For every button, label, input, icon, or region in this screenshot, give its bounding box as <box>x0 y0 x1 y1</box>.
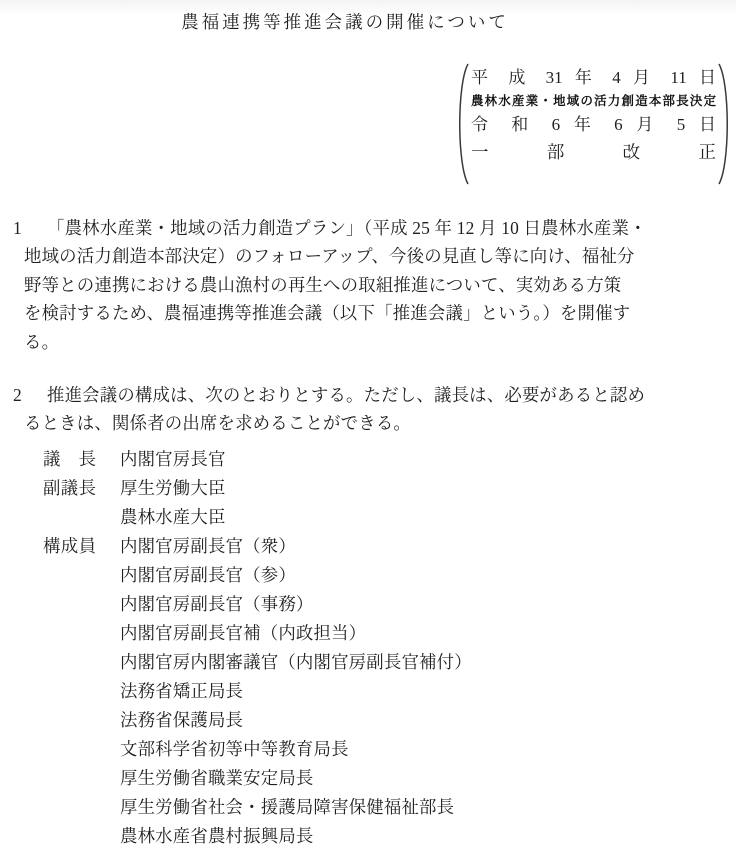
paragraph-2-line: るときは、関係者の出席を求めることができる。 <box>24 409 736 437</box>
right-parenthesis-decoration <box>718 62 732 186</box>
roster-row: 文部科学省初等中等教育局長 <box>0 735 736 764</box>
stamp-date-heisei: 平 成 31 年 4 月 11 日 <box>471 65 716 91</box>
roster-member-name: 厚生労働省職業安定局長 <box>120 764 314 793</box>
roster-row: 農林水産大臣 <box>0 503 736 532</box>
roster-row: 法務省保護局長 <box>0 706 736 735</box>
roster-member-name: 厚生労働省社会・援護局障害保健福祉部長 <box>120 793 454 822</box>
stamp-revision-note: 一 部 改 正 <box>471 138 716 167</box>
roster-member-name: 厚生労働大臣 <box>120 474 226 503</box>
roster-role-label: 副議長 <box>43 474 96 503</box>
paragraph-2-number: 2 <box>13 381 22 409</box>
paragraph-1-line: 地域の活力創造本部決定）のフォローアップ、今後の見直し等に向け、福祉分 <box>24 242 736 270</box>
paragraph-1-line: を検討するため、農福連携等推進会議（以下「推進会議」という。）を開催す <box>24 299 736 327</box>
roster-member-name: 農林水産大臣 <box>120 503 226 532</box>
stamp-date-reiwa: 令 和 6 年 6 月 5 日 <box>471 111 716 138</box>
decision-stamp-content: 平 成 31 年 4 月 11 日 農林水産業・地域の活力創造本部長決定 令 和… <box>471 65 716 167</box>
roster-row: 構成員 内閣官房副長官（衆） <box>0 532 736 561</box>
roster-role-label: 構成員 <box>43 532 96 561</box>
roster-row: 内閣官房副長官補（内政担当） <box>0 619 736 648</box>
roster-member-name: 内閣官房副長官（参） <box>120 561 296 590</box>
paragraph-1-number: 1 <box>13 214 22 242</box>
roster-member-name: 内閣官房副長官補（内政担当） <box>120 619 366 648</box>
roster-member-name: 内閣官房内閣審議官（内閣官房副長官補付） <box>120 648 472 677</box>
roster-row: 内閣官房副長官（事務） <box>0 590 736 619</box>
council-member-roster: 議 長 内閣官房長官 副議長 厚生労働大臣 農林水産大臣 構成員 内閣官房副長官… <box>0 445 736 851</box>
roster-member-name: 農林水産省農村振興局長 <box>120 822 314 851</box>
roster-row: 厚生労働省職業安定局長 <box>0 764 736 793</box>
roster-row: 議 長 内閣官房長官 <box>0 445 736 474</box>
paragraph-1-line: る。 <box>24 328 736 356</box>
roster-member-name: 内閣官房副長官（衆） <box>120 532 296 561</box>
roster-row: 農林水産省農村振興局長 <box>0 822 736 851</box>
paragraph-2: 2 推進会議の構成は、次のとおりとする。ただし、議長は、必要があると認め るとき… <box>0 381 736 438</box>
roster-row: 厚生労働省社会・援護局障害保健福祉部長 <box>0 793 736 822</box>
roster-row: 副議長 厚生労働大臣 <box>0 474 736 503</box>
paragraph-1-line: 「農林水産業・地域の活力創造プラン」（平成 25 年 12 月 10 日農林水産… <box>47 214 736 242</box>
document-title: 農福連携等推進会議の開催について <box>0 9 736 34</box>
roster-row: 内閣官房内閣審議官（内閣官房副長官補付） <box>0 648 736 677</box>
roster-row: 内閣官房副長官（参） <box>0 561 736 590</box>
roster-row: 法務省矯正局長 <box>0 677 736 706</box>
paragraph-2-line: 推進会議の構成は、次のとおりとする。ただし、議長は、必要があると認め <box>47 381 736 409</box>
stamp-authority: 農林水産業・地域の活力創造本部長決定 <box>471 91 716 111</box>
paragraph-1-line: 野等との連携における農山漁村の再生への取組推進について、実効ある方策 <box>24 271 736 299</box>
paragraph-1: 1 「農林水産業・地域の活力創造プラン」（平成 25 年 12 月 10 日農林… <box>0 214 736 356</box>
roster-member-name: 内閣官房長官 <box>120 445 226 474</box>
roster-member-name: 法務省保護局長 <box>120 706 243 735</box>
roster-role-label: 議 長 <box>43 445 96 474</box>
decision-stamp-block: 平 成 31 年 4 月 11 日 農林水産業・地域の活力創造本部長決定 令 和… <box>455 62 732 186</box>
roster-member-name: 文部科学省初等中等教育局長 <box>120 735 349 764</box>
roster-member-name: 内閣官房副長官（事務） <box>120 590 314 619</box>
roster-member-name: 法務省矯正局長 <box>120 677 243 706</box>
left-parenthesis-decoration <box>455 62 469 186</box>
